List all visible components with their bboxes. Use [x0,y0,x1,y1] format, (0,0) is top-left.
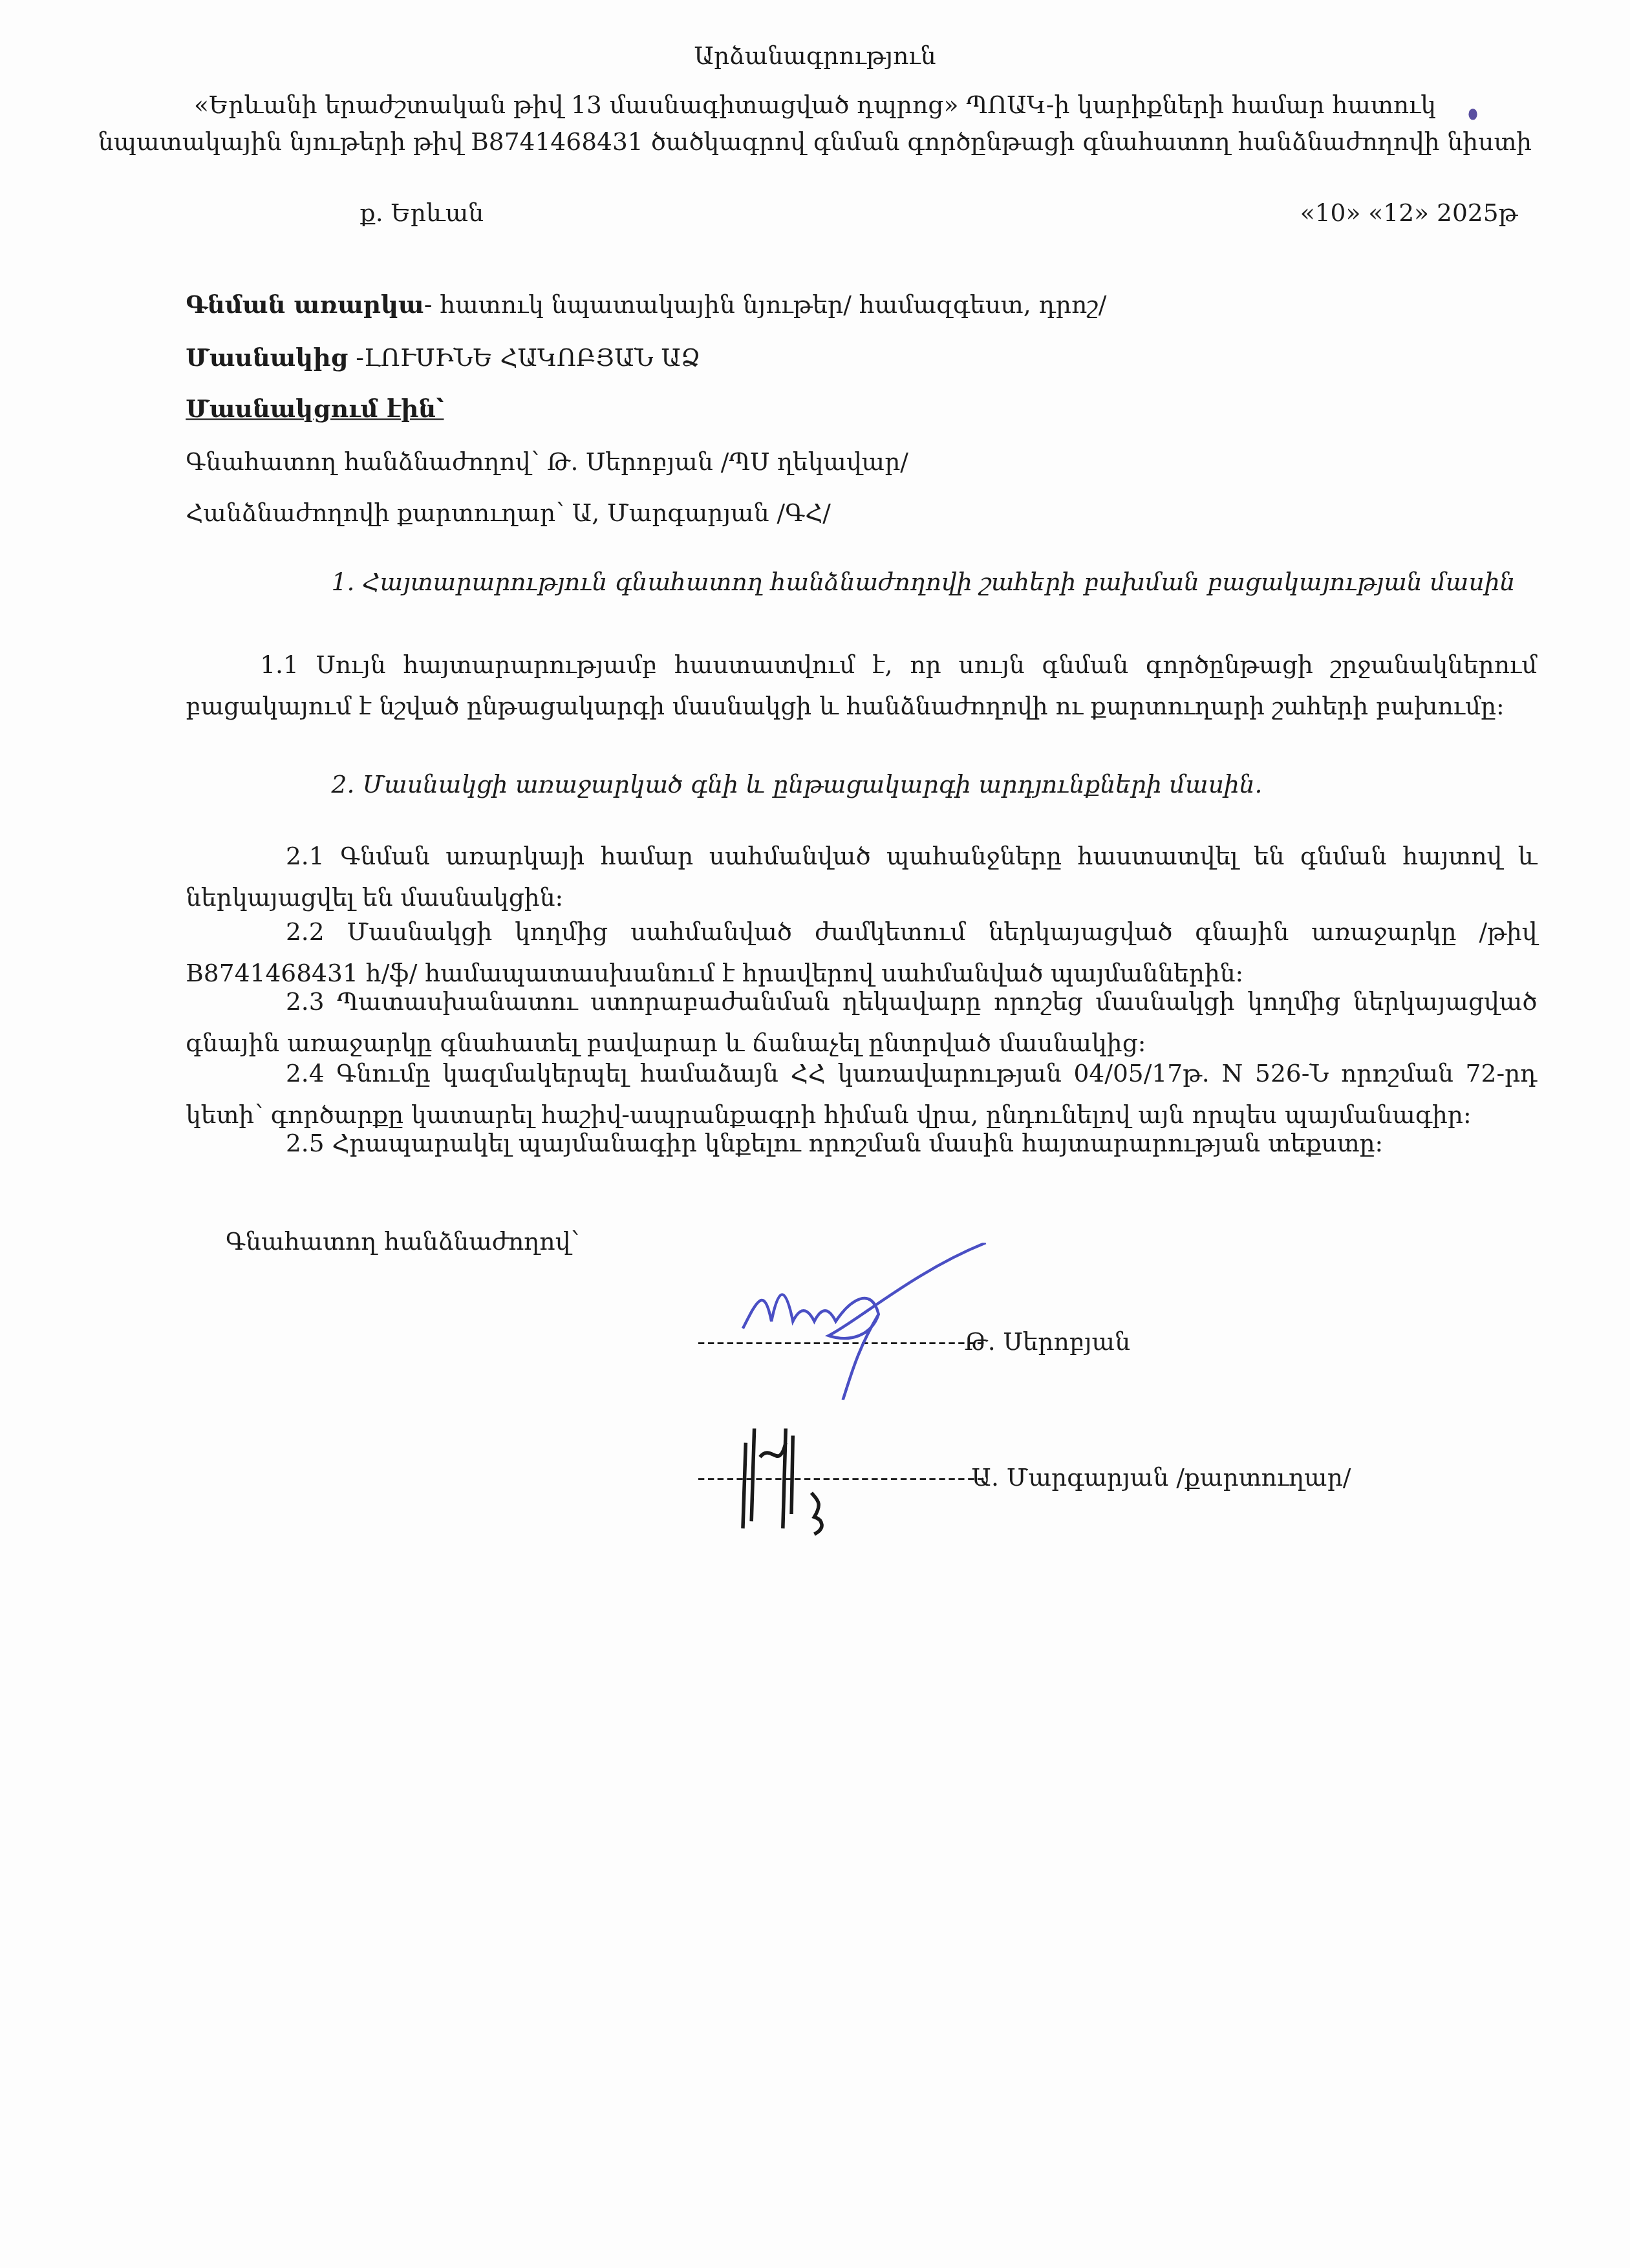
date: «10» «12» 2025թ [1300,200,1518,228]
paragraph-2-3: 2.3 Պատասխանատու ստորաբաժանման ղեկավարը … [186,983,1537,1065]
section-2-heading: 2. Մասնակցի առաջարկած գնի և ընթացակարգի … [332,771,1263,800]
paragraph-2-5: 2.5 Հրապարակել պայմանագիր կնքելու որոշմա… [186,1124,1537,1166]
paragraph-2-1: 2.1 Գնման առարկայի համար սահմանված պահան… [186,837,1537,920]
subject-row: Գնման առարկա- հատուկ նպատակային նյութեր/… [186,292,1106,320]
participant-label: Մասնակից [186,344,348,372]
committee-signature-label: Գնահատող հանձնաժողով՝ [226,1228,579,1257]
signature-2-icon [729,1414,857,1543]
document-title: Արձանագրություն [0,43,1630,71]
header-line-1: «Երևանի երաժշտական թիվ 13 մասնագիտացված … [0,91,1630,120]
city: ք. Երևան [360,200,484,228]
signer-2-name: Ա. Մարգարյան /քարտուղար/ [971,1464,1351,1493]
subject-label: Գնման առարկա [186,292,424,320]
signature-1-icon [714,1243,1029,1400]
attendees-label: Մասնակցում էին՝ [186,396,444,424]
paragraph-1-1: 1.1 Սույն հայտարարությամբ հաստատվում է, … [186,646,1537,729]
ink-mark [1468,109,1477,120]
header-line-2: նպատակային նյութերի թիվ B8741468431 ծածկ… [0,129,1630,157]
participant-value: -ԼՈՒՍԻՆԵ ՀԱԿՈԲՅԱՆ ԱՁ [348,344,700,372]
participant-row: Մասնակից -ԼՈՒՍԻՆԵ ՀԱԿՈԲՅԱՆ ԱՁ [186,344,700,372]
attendee-1: Գնահատող հանձնաժողով՝ Թ. Սերոբյան /ՊՍ ղե… [186,449,908,477]
attendee-2: Հանձնաժողովի քարտուղար՝ Ա, Մարգարյան /ԳՀ… [186,500,831,528]
document-page: Արձանագրություն «Երևանի երաժշտական թիվ 1… [0,0,1630,2268]
section-1-heading: 1. Հայտարարություն գնահատող հանձնաժողովի… [332,568,1516,597]
subject-value: - հատուկ նպատակային նյութեր/ համազգեստ, … [424,292,1107,320]
